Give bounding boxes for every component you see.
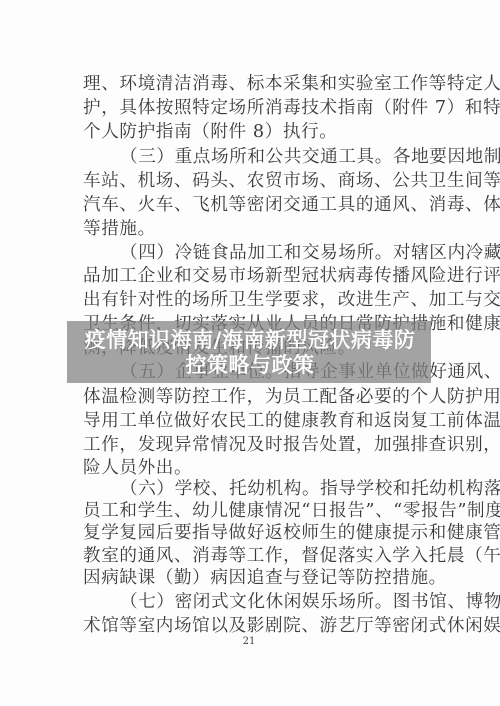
paragraph-heading-line: （六）学校、托幼机构。指导学校和托幼机构落实教职 (120, 478, 413, 500)
document-text-line: 工作，发现异常情况及时报告处置，加强排查识别，防止风 (83, 434, 413, 456)
document-text-line: 车站、机场、码头、农贸市场、商场、公共卫生间等场所和 (83, 170, 413, 192)
document-text-line: 因病缺课（勤）病因追查与登记等防控措施。 (83, 567, 413, 589)
document-text-line: 教室的通风、消毒等工作，督促落实入学入托晨（午）检和 (83, 545, 413, 567)
document-text-line: 出有针对性的场所卫生学要求，改进生产、加工与交易环境 (83, 289, 413, 311)
document-text-line: 员工和学生、幼儿健康情况“日报告”、“零报告”制度。 (83, 500, 413, 522)
paragraph-heading-line: （四）冷链食品加工和交易场所。对辖区内冷藏冷冻食 (120, 242, 413, 264)
document-text-line: 复学复园后要指导做好返校师生的健康提示和健康管理及 (83, 522, 413, 544)
document-text-line: 等措施。 (83, 218, 413, 240)
document-text-line: 导用工单位做好农民工的健康教育和返岗复工前体温检测 (83, 410, 413, 432)
paragraph-heading-line: （三）重点场所和公共交通工具。各地要因地制宜落实 (120, 146, 413, 168)
banner-title-line-2: 控策略与政策 (0, 353, 500, 378)
document-text-line: 汽车、火车、飞机等密闭交通工具的通风、消毒、体温监测 (83, 194, 413, 216)
document-text-line: 术馆等室内场馆以及影剧院、游艺厅等密闭式休闲娱乐场 (83, 615, 413, 637)
document-text-line: 体温检测等防控工作，为员工配备必要的个人防护用品。指 (83, 386, 413, 408)
title-banner: 疫情知识海南/海南新型冠状病毒防 控策略与政策 (67, 321, 431, 383)
document-text-line: 护，具体按照特定场所消毒技术指南（附件 7）和特定人群 (83, 97, 413, 119)
document-text-line: 理、环境清洁消毒、标本采集和实验室工作等特定人群的防 (83, 73, 413, 95)
document-text-line: 险人员外出。 (83, 457, 413, 479)
document-text-line: 个人防护指南（附件 8）执行。 (83, 121, 413, 143)
paragraph-heading-line: （七）密闭式文化休闲娱乐场所。图书馆、博物馆、美 (120, 591, 413, 613)
banner-title-line-1: 疫情知识海南/海南新型冠状病毒防 (0, 328, 500, 353)
page-number: 21 (238, 636, 260, 647)
document-text-line: 品加工企业和交易市场新型冠状病毒传播风险进行评估，提 (83, 265, 413, 287)
banner-title: 疫情知识海南/海南新型冠状病毒防 控策略与政策 (0, 321, 500, 378)
